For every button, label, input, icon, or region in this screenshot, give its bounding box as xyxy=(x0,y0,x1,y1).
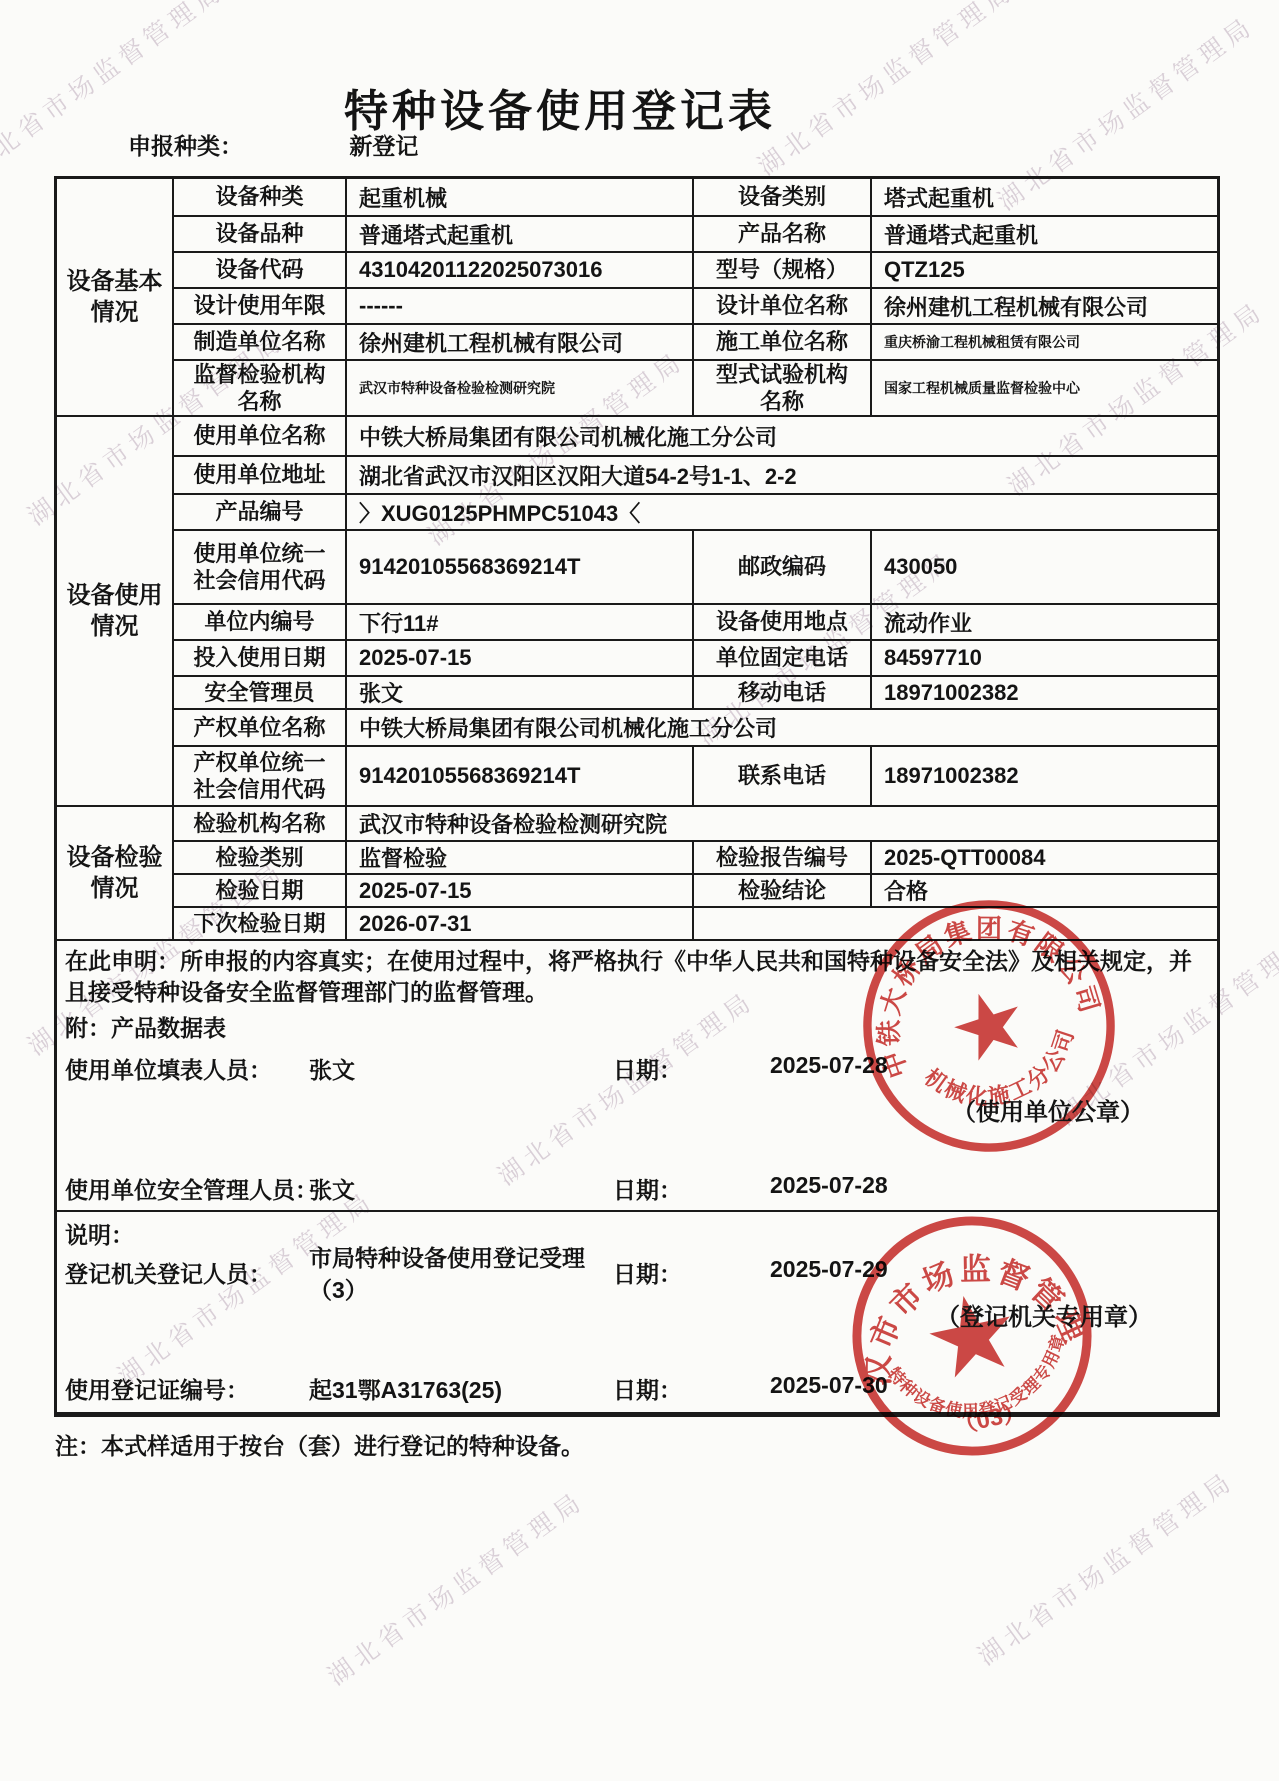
registration-form-page: 湖北省市场监督管理局 湖北省市场监督管理局 湖北省市场监督管理局 湖北省市场监督… xyxy=(0,0,1279,1781)
field-value: 国家工程机械质量监督检验中心 xyxy=(870,361,1217,415)
field-label: 检验日期 xyxy=(174,875,345,906)
table-row: 制造单位名称 徐州建机工程机械有限公司 施工单位名称 重庆桥渝工程机械租赁有限公… xyxy=(174,323,1217,359)
table-row: 单位内编号 下行11# 设备使用地点 流动作业 xyxy=(174,603,1217,639)
field-label: 设计单位名称 xyxy=(692,289,870,323)
field-label: 监督检验机构 名称 xyxy=(174,361,345,415)
field-value: 84597710 xyxy=(870,641,1217,675)
field-value: 2026-07-31 xyxy=(345,908,692,939)
watermark-text: 湖北省市场监督管理局 xyxy=(319,1481,591,1692)
field-label: 使用单位名称 xyxy=(174,417,345,455)
field-value: 武汉市特种设备检验检测研究院 xyxy=(345,361,692,415)
field-label: 制造单位名称 xyxy=(174,325,345,359)
empty-cell xyxy=(692,908,1217,939)
field-label: 产品编号 xyxy=(174,495,345,529)
table-row: 使用单位名称 中铁大桥局集团有限公司机械化施工分公司 xyxy=(174,417,1217,455)
field-value: QTZ125 xyxy=(870,253,1217,287)
field-value: 监督检验 xyxy=(345,842,692,873)
field-label: 产品名称 xyxy=(692,217,870,251)
declaration-attachment: 附：产品数据表 xyxy=(65,1010,226,1043)
cert-number-label: 使用登记证编号： xyxy=(65,1372,249,1405)
table-row: 产品编号 〉XUG0125PHMPC51043〈 xyxy=(174,493,1217,529)
field-label: 邮政编码 xyxy=(692,531,870,603)
table-row: 产权单位名称 中铁大桥局集团有限公司机械化施工分公司 xyxy=(174,708,1217,745)
table-row: 检验日期 2025-07-15 检验结论 合格 xyxy=(174,873,1217,906)
field-label: 检验机构名称 xyxy=(174,807,345,840)
field-value: 43104201122025073016 xyxy=(345,253,692,287)
table-row: 下次检验日期 2026-07-31 xyxy=(174,906,1217,939)
filler-date-label: 日期： xyxy=(613,1052,682,1085)
filler-label: 使用单位填表人员： xyxy=(65,1052,272,1085)
registrar-date-label: 日期： xyxy=(613,1256,682,1289)
field-value: 2025-QTT00084 xyxy=(870,842,1217,873)
field-value: 重庆桥渝工程机械租赁有限公司 xyxy=(870,325,1217,359)
section-usage-info: 设备使用 情况 使用单位名称 中铁大桥局集团有限公司机械化施工分公司 使用单位地… xyxy=(57,415,1217,805)
field-value: 流动作业 xyxy=(870,605,1217,639)
field-label: 移动电话 xyxy=(692,677,870,708)
field-value: 起重机械 xyxy=(345,179,692,215)
table-row: 投入使用日期 2025-07-15 单位固定电话 84597710 xyxy=(174,639,1217,675)
declaration-block: 在此申明：所申报的内容真实；在使用过程中，将严格执行《中华人民共和国特种设备安全… xyxy=(57,939,1217,1210)
field-value: 430050 xyxy=(870,531,1217,603)
cert-date: 2025-07-30 xyxy=(770,1372,888,1399)
watermark-text: 湖北省市场监督管理局 xyxy=(969,1461,1241,1672)
field-value: 徐州建机工程机械有限公司 xyxy=(345,325,692,359)
field-value: 张文 xyxy=(345,677,692,708)
field-label: 检验类别 xyxy=(174,842,345,873)
field-label: 设备代码 xyxy=(174,253,345,287)
table-row: 使用单位统一 社会信用代码 91420105568369214T 邮政编码 43… xyxy=(174,529,1217,603)
field-value: 18971002382 xyxy=(870,677,1217,708)
field-label: 使用单位统一 社会信用代码 xyxy=(174,531,345,603)
section-usage-header: 设备使用 情况 xyxy=(57,417,174,805)
safety-manager-date: 2025-07-28 xyxy=(770,1172,888,1199)
registrar-label: 登记机关登记人员： xyxy=(65,1256,272,1289)
field-value: 合格 xyxy=(870,875,1217,906)
section-inspection-info: 设备检验 情况 检验机构名称 武汉市特种设备检验检测研究院 检验类别 监督检验 … xyxy=(57,805,1217,939)
registrar-date: 2025-07-29 xyxy=(770,1256,888,1283)
table-row: 产权单位统一 社会信用代码 91420105568369214T 联系电话 18… xyxy=(174,745,1217,805)
declare-type-value: 新登记 xyxy=(349,133,418,159)
table-row: 设计使用年限 ------ 设计单位名称 徐州建机工程机械有限公司 xyxy=(174,287,1217,323)
company-seal-caption: （使用单位公章） xyxy=(952,1092,1144,1127)
filler-date: 2025-07-28 xyxy=(770,1052,888,1079)
field-label: 设计使用年限 xyxy=(174,289,345,323)
section-inspection-header: 设备检验 情况 xyxy=(57,807,174,939)
safety-manager-date-label: 日期： xyxy=(613,1172,682,1205)
field-label: 使用单位地址 xyxy=(174,457,345,493)
registration-heading: 说明： xyxy=(65,1217,134,1250)
declaration-statement: 在此申明：所申报的内容真实；在使用过程中，将严格执行《中华人民共和国特种设备安全… xyxy=(65,946,1201,1008)
filler-value: 张文 xyxy=(309,1052,355,1085)
field-value: 91420105568369214T xyxy=(345,531,692,603)
authority-seal-caption: （登记机关专用章） xyxy=(936,1297,1152,1332)
field-label: 投入使用日期 xyxy=(174,641,345,675)
field-label: 单位内编号 xyxy=(174,605,345,639)
field-value: 普通塔式起重机 xyxy=(345,217,692,251)
field-value: 普通塔式起重机 xyxy=(870,217,1217,251)
field-label: 安全管理员 xyxy=(174,677,345,708)
table-row: 使用单位地址 湖北省武汉市汉阳区汉阳大道54-2号1-1、2-2 xyxy=(174,455,1217,493)
field-label: 设备品种 xyxy=(174,217,345,251)
field-label: 设备种类 xyxy=(174,179,345,215)
field-value: 中铁大桥局集团有限公司机械化施工分公司 xyxy=(345,417,1217,455)
field-label: 产权单位名称 xyxy=(174,710,345,745)
table-row: 安全管理员 张文 移动电话 18971002382 xyxy=(174,675,1217,708)
cert-date-label: 日期： xyxy=(613,1372,682,1405)
field-label: 产权单位统一 社会信用代码 xyxy=(174,747,345,805)
table-row: 检验机构名称 武汉市特种设备检验检测研究院 xyxy=(174,807,1217,840)
safety-manager-label: 使用单位安全管理人员： xyxy=(65,1172,318,1205)
field-value: 下行11# xyxy=(345,605,692,639)
field-value: 91420105568369214T xyxy=(345,747,692,805)
field-label: 联系电话 xyxy=(692,747,870,805)
table-row: 设备品种 普通塔式起重机 产品名称 普通塔式起重机 xyxy=(174,215,1217,251)
table-row: 设备代码 43104201122025073016 型号（规格） QTZ125 xyxy=(174,251,1217,287)
section-basic-info: 设备基本 情况 设备种类 起重机械 设备类别 塔式起重机 设备品种 普通塔式起重… xyxy=(57,179,1217,415)
field-value: 塔式起重机 xyxy=(870,179,1217,215)
field-label: 下次检验日期 xyxy=(174,908,345,939)
field-label: 型式试验机构 名称 xyxy=(692,361,870,415)
field-label: 施工单位名称 xyxy=(692,325,870,359)
field-value: 武汉市特种设备检验检测研究院 xyxy=(345,807,1217,840)
table-row: 监督检验机构 名称 武汉市特种设备检验检测研究院 型式试验机构 名称 国家工程机… xyxy=(174,359,1217,415)
field-value: 湖北省武汉市汉阳区汉阳大道54-2号1-1、2-2 xyxy=(345,457,1217,493)
table-row: 设备种类 起重机械 设备类别 塔式起重机 xyxy=(174,179,1217,215)
footer-note: 注：本式样适用于按台（套）进行登记的特种设备。 xyxy=(55,1428,584,1461)
field-label: 设备类别 xyxy=(692,179,870,215)
field-value: 2025-07-15 xyxy=(345,875,692,906)
declare-type-line: 申报种类： 新登记 xyxy=(128,128,418,161)
field-label: 检验报告编号 xyxy=(692,842,870,873)
declare-type-label: 申报种类： xyxy=(128,133,243,159)
section-basic-header: 设备基本 情况 xyxy=(57,179,174,415)
field-value: 〉XUG0125PHMPC51043〈 xyxy=(345,495,1217,529)
field-value: 徐州建机工程机械有限公司 xyxy=(870,289,1217,323)
field-value: 2025-07-15 xyxy=(345,641,692,675)
cert-number-value: 起31鄂A31763(25) xyxy=(309,1372,502,1405)
field-value: ------ xyxy=(345,289,692,323)
field-label: 设备使用地点 xyxy=(692,605,870,639)
registration-table: 设备基本 情况 设备种类 起重机械 设备类别 塔式起重机 设备品种 普通塔式起重… xyxy=(54,176,1220,1417)
field-label: 单位固定电话 xyxy=(692,641,870,675)
table-row: 检验类别 监督检验 检验报告编号 2025-QTT00084 xyxy=(174,840,1217,873)
safety-manager-value: 张文 xyxy=(309,1172,355,1205)
field-label: 检验结论 xyxy=(692,875,870,906)
field-label: 型号（规格） xyxy=(692,253,870,287)
registrar-value: 市局特种设备使用登记受理 （3） xyxy=(309,1242,585,1306)
field-value: 18971002382 xyxy=(870,747,1217,805)
field-value: 中铁大桥局集团有限公司机械化施工分公司 xyxy=(345,710,1217,745)
